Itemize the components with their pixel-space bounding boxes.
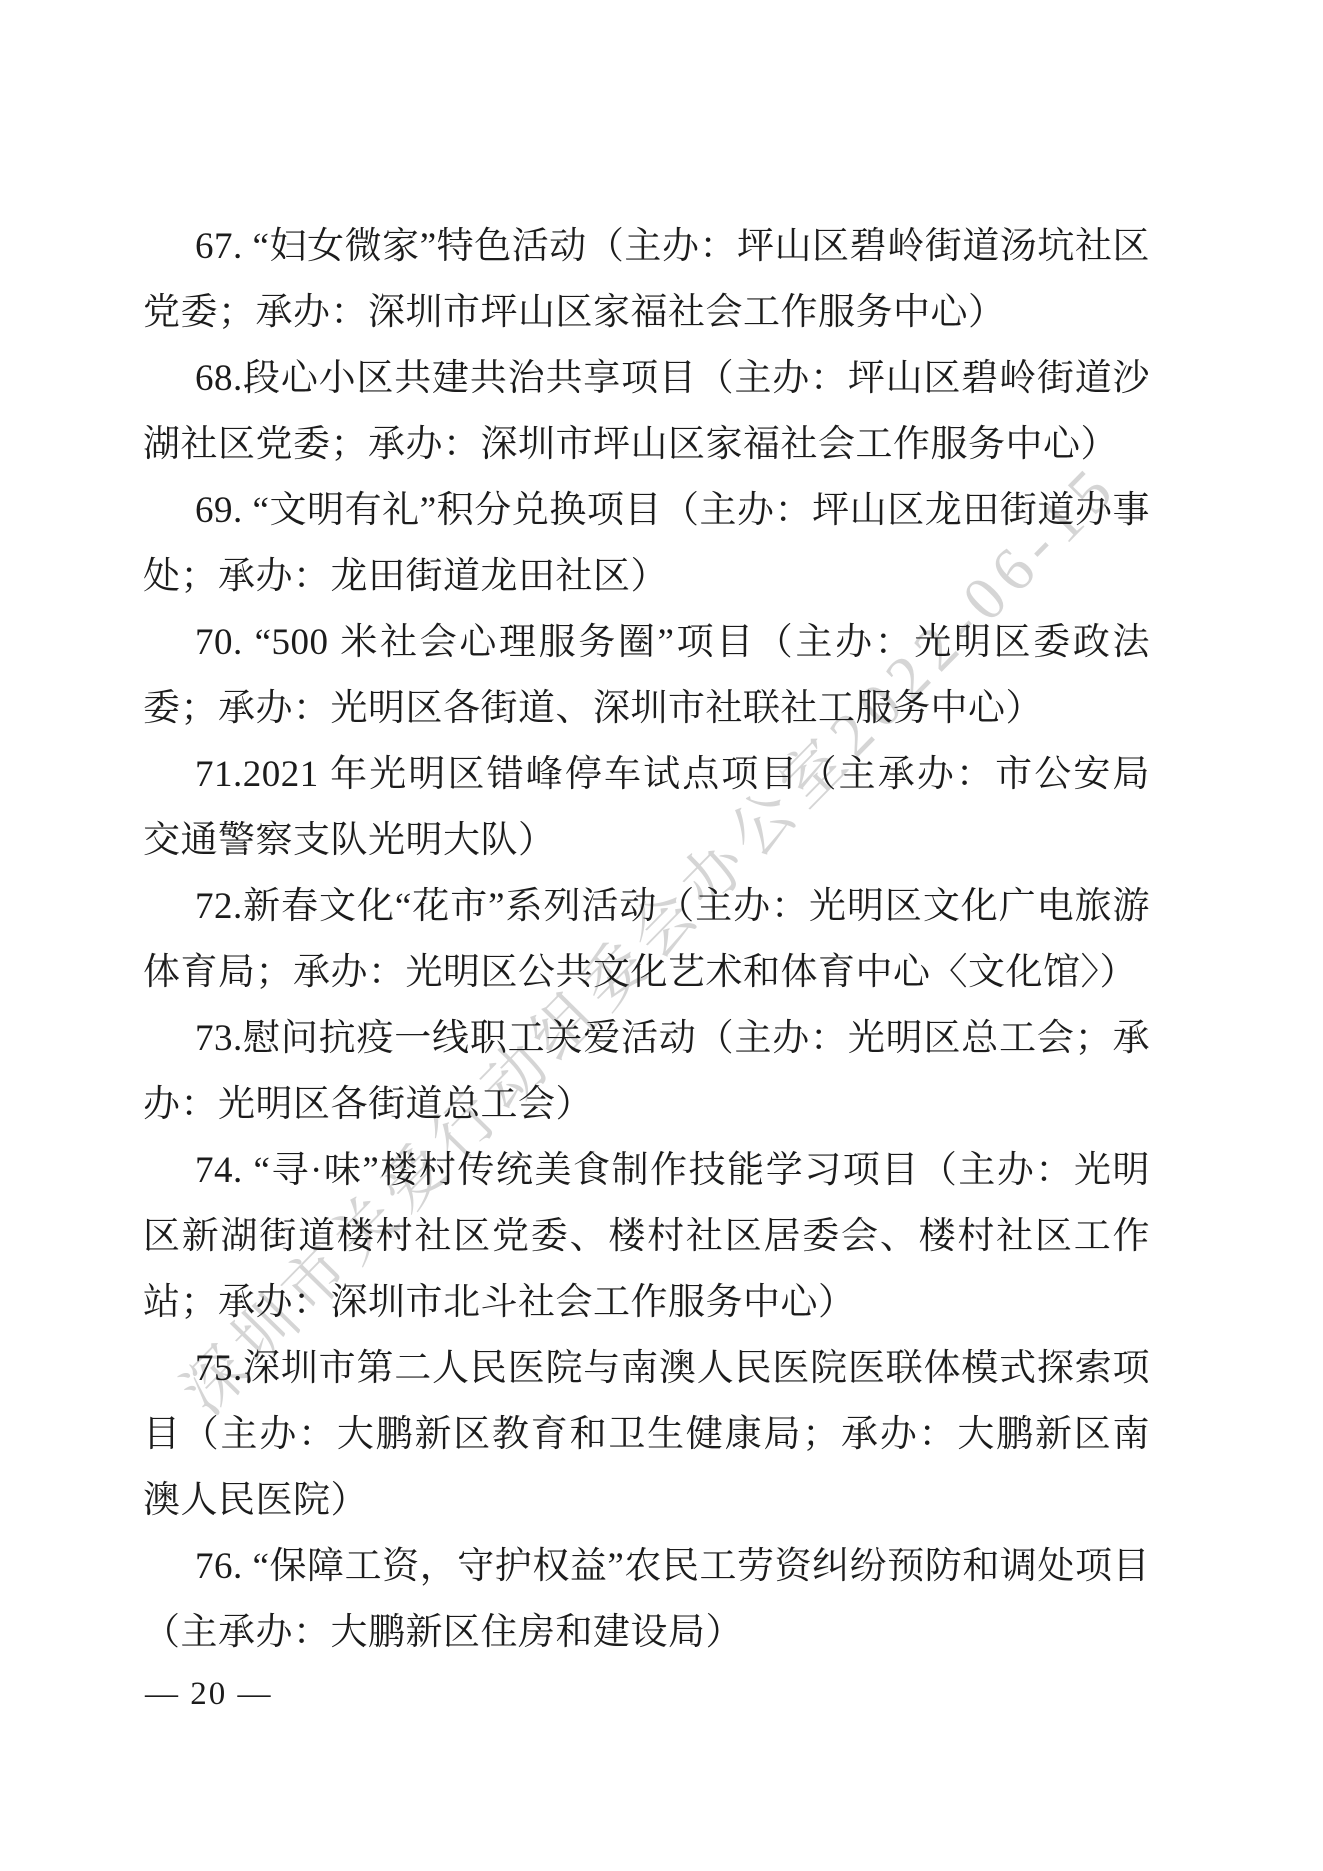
list-item-72: 72.新春文化“花市”系列活动（主办：光明区文化广电旅游体育局；承办：光明区公共… xyxy=(143,874,1150,1006)
list-item-75: 75.深圳市第二人民医院与南澳人民医院医联体模式探索项目（主办：大鹏新区教育和卫… xyxy=(143,1336,1150,1534)
list-item-68: 68.段心小区共建共治共享项目（主办：坪山区碧岭街道沙湖社区党委；承办：深圳市坪… xyxy=(143,346,1150,478)
list-item-76: 76. “保障工资，守护权益”农民工劳资纠纷预防和调处项目（主承办：大鹏新区住房… xyxy=(143,1534,1150,1666)
document-body: 67. “妇女微家”特色活动（主办：坪山区碧岭街道汤坑社区党委；承办：深圳市坪山… xyxy=(143,214,1150,1666)
list-item-73: 73.慰问抗疫一线职工关爱活动（主办：光明区总工会；承办：光明区各街道总工会） xyxy=(143,1006,1150,1138)
page-number: — 20 — xyxy=(145,1672,273,1716)
list-item-74: 74. “寻·味”楼村传统美食制作技能学习项目（主办：光明区新湖街道楼村社区党委… xyxy=(143,1138,1150,1336)
list-item-69: 69. “文明有礼”积分兑换项目（主办：坪山区龙田街道办事处；承办：龙田街道龙田… xyxy=(143,478,1150,610)
list-item-70: 70. “500 米社会心理服务圈”项目（主办：光明区委政法委；承办：光明区各街… xyxy=(143,610,1150,742)
list-item-67: 67. “妇女微家”特色活动（主办：坪山区碧岭街道汤坑社区党委；承办：深圳市坪山… xyxy=(143,214,1150,346)
list-item-71: 71.2021 年光明区错峰停车试点项目（主承办：市公安局交通警察支队光明大队） xyxy=(143,742,1150,874)
document-page: 深圳市关爱行动组委会办公室2022-06-15 67. “妇女微家”特色活动（主… xyxy=(0,0,1323,1871)
